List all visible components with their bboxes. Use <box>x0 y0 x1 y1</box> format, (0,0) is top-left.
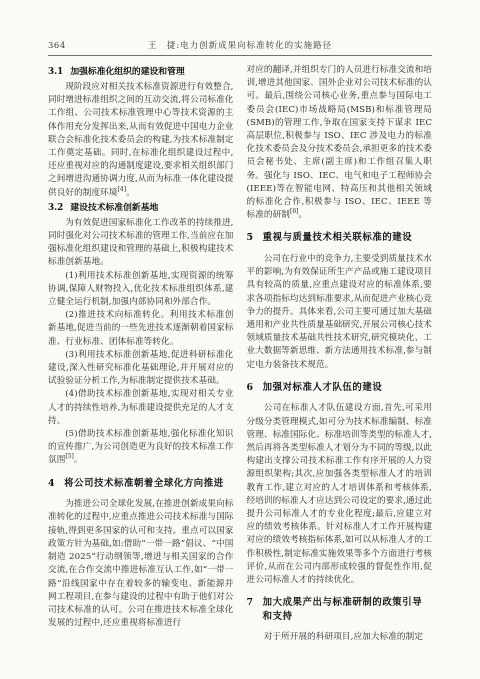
left-column: 3.1 加强标准化组织的建设和管理 现阶段应对相关技术标准资源进行有效整合,同时… <box>48 64 234 645</box>
page-header: 364 王 捷:电力创新成果向标准转化的实施路径 <box>48 39 432 51</box>
section-number: 5 <box>247 231 254 245</box>
section-title: 建设技术标准创新基地 <box>70 202 233 215</box>
section-number: 3.2 <box>48 202 63 215</box>
paragraph-3-1: 现阶段应对相关技术标准资源进行有效整合,同时增进标准组织之间的互动交流,将公司标… <box>48 81 234 200</box>
section-number: 7 <box>247 596 254 623</box>
running-title: 王 捷:电力创新成果向标准转化的实施路径 <box>108 39 372 51</box>
paragraph-4-continued: 对应的翻译,并组织专门的人员进行标准交流和培训,增进其他国家、国外企业对公司技术… <box>247 64 433 222</box>
article-body: 3.1 加强标准化组织的建设和管理 现阶段应对相关技术标准资源进行有效整合,同时… <box>48 64 432 645</box>
section-title: 加强对标准人才队伍的建设 <box>263 381 432 395</box>
section-title: 重视与质量技术相关联标准的建设 <box>263 231 432 245</box>
section-title: 加强标准化组织的建设和管理 <box>70 66 233 79</box>
paragraph-text: 。 <box>126 188 135 198</box>
section-heading-3-2: 3.2 建设技术标准创新基地 <box>48 202 234 215</box>
list-item-5: (5)借助技术标准创新基地,强化标准化知识的宣传推广,为公司创造更为良好的技术标… <box>48 428 234 468</box>
paragraph-7: 对于所开展的科研项目,应加大标准的制定 <box>247 631 433 644</box>
paragraph-text: 对应的翻译,并组织专门的人员进行标准交流和培训,增进其他国家、国外企业对公司技术… <box>247 65 433 220</box>
paragraph-text: 。 <box>74 455 83 465</box>
page-number: 364 <box>48 41 108 51</box>
document-page: 364 王 捷:电力创新成果向标准转化的实施路径 3.1 加强标准化组织的建设和… <box>0 0 480 679</box>
section-number: 3.1 <box>48 66 63 79</box>
paragraph-text: 。 <box>298 210 307 220</box>
paragraph-5: 公司在行业中的竞争力,主要受到质量技术水平的影响,为有效保证所生产产品或施工建设… <box>247 253 433 372</box>
section-title: 加大成果产出与标准研制的政策引导和支持 <box>263 596 432 623</box>
citation-ref: [5] <box>65 454 74 461</box>
list-item-2: (2)推进技术向标准转化。利用技术标准创新基地,促进当前的一些先进技术逐渐朝着国… <box>48 309 234 349</box>
section-number: 6 <box>247 381 254 395</box>
section-heading-3-1: 3.1 加强标准化组织的建设和管理 <box>48 66 234 79</box>
section-heading-5: 5 重视与质量技术相关联标准的建设 <box>247 231 433 245</box>
section-title: 将公司技术标准朝着全球化方向推进 <box>64 477 233 491</box>
section-number: 4 <box>48 477 55 491</box>
paragraph-6: 公司在标准人才队伍建设方面,首先,可采用分级分类管理模式,如可分为技术标准编制、… <box>247 402 433 587</box>
section-heading-6: 6 加强对标准人才队伍的建设 <box>247 381 433 395</box>
header-rule <box>48 55 432 56</box>
list-item-4: (4)借助技术标准创新基地,实现对相关专业人才的持续性培养,为标准建设提供充足的… <box>48 388 234 428</box>
paragraph-text: 现阶段应对相关技术标准资源进行有效整合,同时增进标准组织之间的互动交流,将公司标… <box>48 82 234 198</box>
section-heading-7: 7 加大成果产出与标准研制的政策引导和支持 <box>247 596 433 623</box>
section-heading-4: 4 将公司技术标准朝着全球化方向推进 <box>48 477 234 491</box>
paragraph-4: 为推进公司全球化发展,在推进创新成果向标准转化的过程中,应重点推进公司技术标准与… <box>48 498 234 630</box>
list-item-1: (1)利用技术标准创新基地,实现资源的统筹协调,保障人财物投入,优化技术标准组织… <box>48 270 234 310</box>
citation-ref: [4] <box>118 186 127 193</box>
paragraph-3-2-intro: 为有效促进国家标准化工作改革的持续推进,同时强化对公司技术标准的管理工作,当前应… <box>48 217 234 270</box>
right-column: 对应的翻译,并组织专门的人员进行标准交流和培训,增进其他国家、国外企业对公司技术… <box>247 64 433 645</box>
list-item-3: (3)利用技术标准创新基地,促进科研标准化建设,深入性研究标准化基础理论,并开展… <box>48 349 234 389</box>
